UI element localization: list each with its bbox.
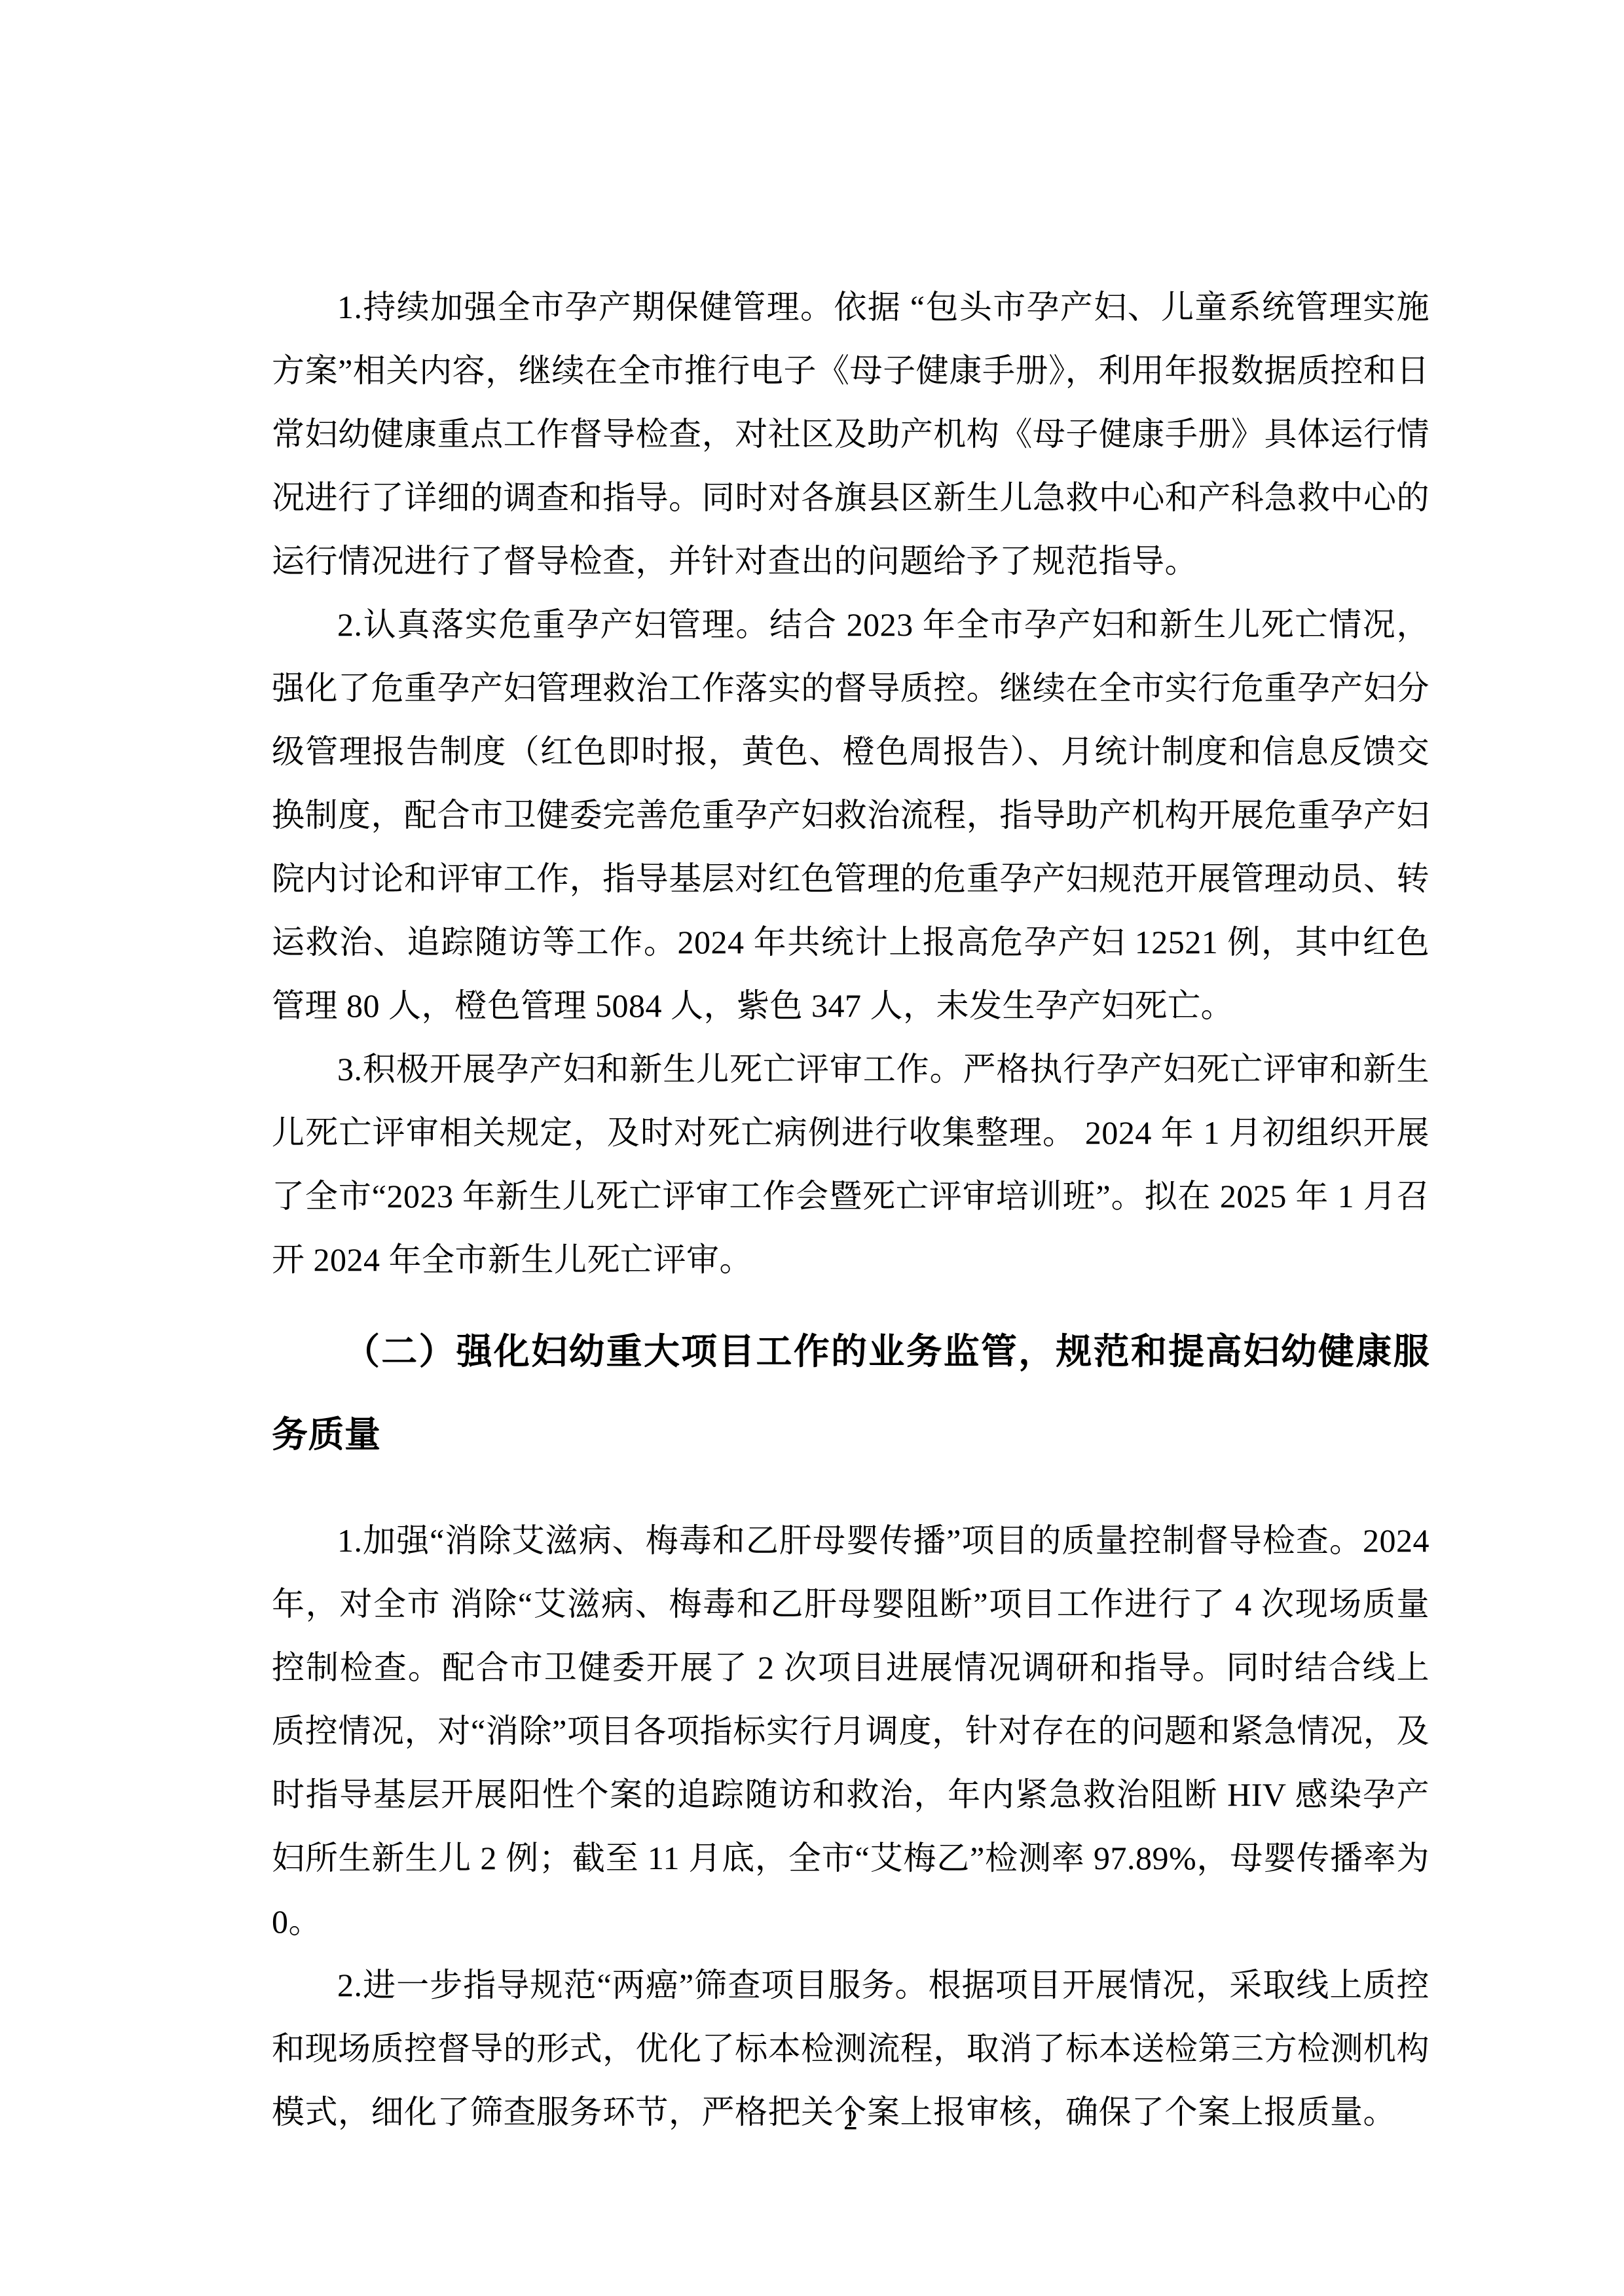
paragraph-elimination-project: 1.加强“消除艾滋病、梅毒和乙肝母婴传播”项目的质量控制督导检查。2024年，对… bbox=[272, 1509, 1430, 1954]
document-body: 1.持续加强全市孕产期保健管理。依据 “包头市孕产妇、儿童系统管理实施方案”相关… bbox=[272, 276, 1430, 2144]
page-number: 2 bbox=[272, 2100, 1430, 2140]
document-page: 1.持续加强全市孕产期保健管理。依据 “包头市孕产妇、儿童系统管理实施方案”相关… bbox=[0, 0, 1624, 2296]
paragraph-death-review: 3.积极开展孕产妇和新生儿死亡评审工作。严格执行孕产妇死亡评审和新生儿死亡评审相… bbox=[272, 1038, 1430, 1292]
section-heading: （二）强化妇幼重大项目工作的业务监管，规范和提高妇幼健康服务质量 bbox=[272, 1310, 1430, 1476]
paragraph-critical-pregnancy-management: 2.认真落实危重孕产妇管理。结合 2023 年全市孕产妇和新生儿死亡情况，强化了… bbox=[272, 593, 1430, 1038]
paragraph-maternal-care: 1.持续加强全市孕产期保健管理。依据 “包头市孕产妇、儿童系统管理实施方案”相关… bbox=[272, 276, 1430, 593]
